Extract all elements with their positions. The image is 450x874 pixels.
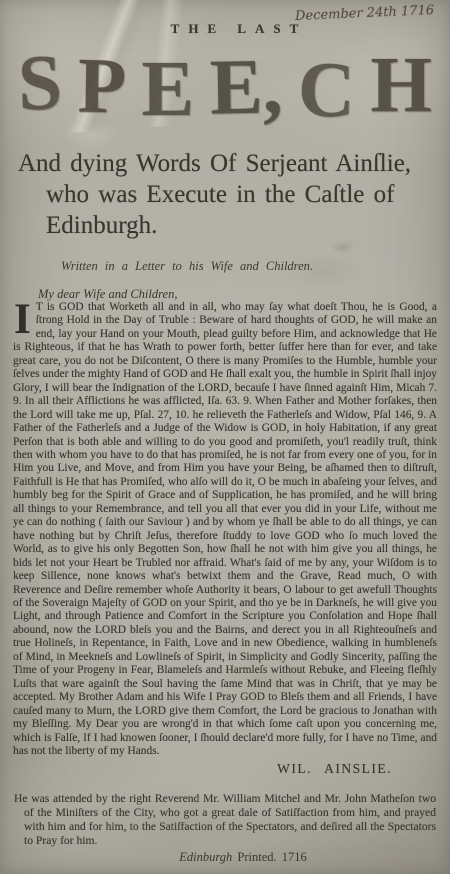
pretitle: THE LAST bbox=[14, 21, 450, 37]
body-paragraph: IT is GOD that Worketh all and in all, w… bbox=[13, 301, 437, 758]
drop-cap: I bbox=[13, 301, 36, 337]
attendance-note: He was attended by the right Reverend Mr… bbox=[10, 792, 436, 848]
subtitle-line-1: And dying Words Of Serjeant Ainſlie, bbox=[18, 148, 442, 179]
title-letter: E bbox=[141, 50, 194, 129]
title-letter: S bbox=[17, 43, 64, 123]
subtitle: And dying Words Of Serjeant Ainſlie, who… bbox=[18, 148, 442, 241]
title-letter: P bbox=[77, 47, 127, 127]
title-letter: H bbox=[371, 46, 432, 125]
imprint-place: Edinburgh bbox=[179, 850, 232, 864]
signature: WIL. AINSLIE. bbox=[277, 761, 392, 777]
imprint: Edinburgh Printed. 1716 bbox=[18, 850, 450, 865]
paper-stain bbox=[330, 240, 356, 254]
imprint-rest: Printed. 1716 bbox=[232, 850, 306, 864]
subtitle-line-2: who was Execute in the Caſtle of bbox=[18, 179, 442, 210]
provenance-note: Written in a Letter to his Wife and Chil… bbox=[0, 259, 412, 274]
main-title: S P E E, C H bbox=[0, 44, 450, 123]
salutation: My dear Wife and Children, bbox=[38, 287, 177, 302]
title-letter: C bbox=[297, 51, 355, 131]
broadside-page: December 24th 1716 THE LAST S P E E, C H… bbox=[0, 0, 450, 874]
subtitle-line-3: Edinburgh. bbox=[18, 210, 442, 241]
title-letter: E, bbox=[209, 47, 283, 127]
body-text: T is GOD that Worketh all and in all, wh… bbox=[13, 301, 437, 757]
